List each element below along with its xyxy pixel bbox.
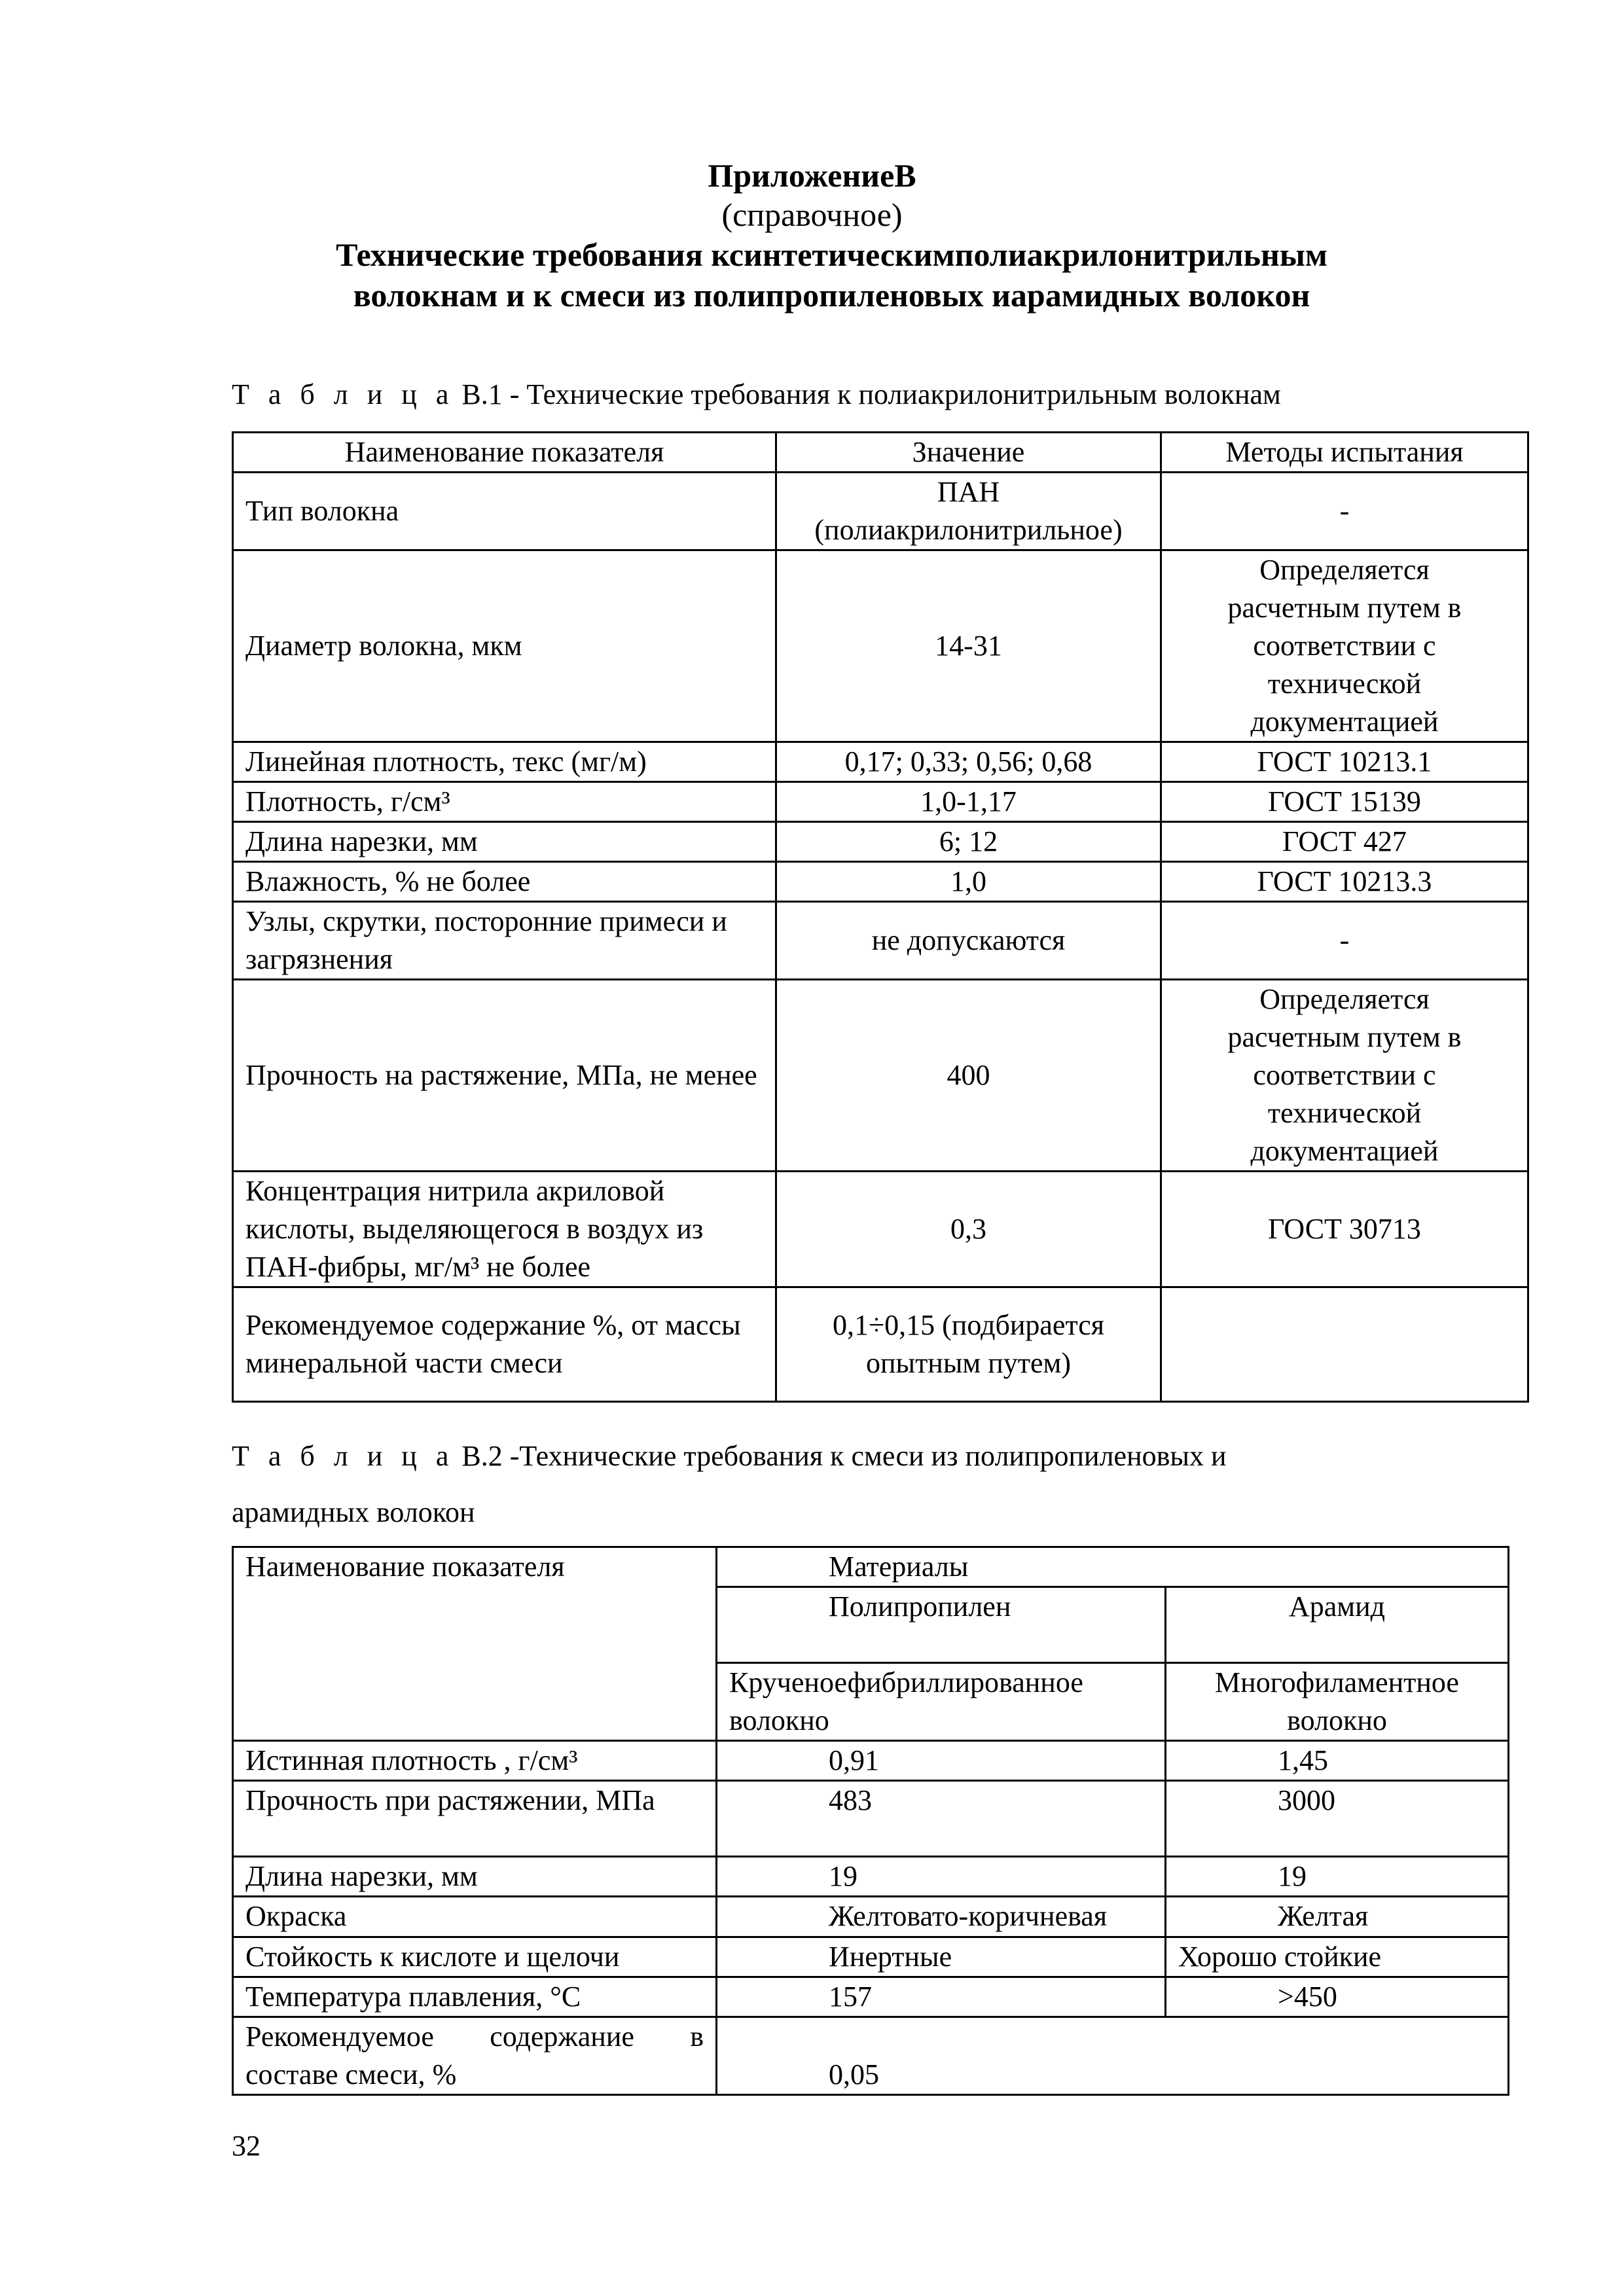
row-polypropylene: 0,91 xyxy=(717,1741,1166,1781)
row-polypropylene: 483 xyxy=(717,1781,1166,1857)
page-number: 32 xyxy=(232,2127,261,2165)
appendix-title: ПриложениеВ xyxy=(0,156,1624,195)
row-name: Влажность, % не более xyxy=(233,862,776,902)
row-name: Стойкость к кислоте и щелочи xyxy=(233,1937,717,1977)
table-row: Концентрация нитрила акриловой кислоты, … xyxy=(233,1172,1528,1287)
table2-header-polypropylene-type: Крученоефибриллированное волокно xyxy=(717,1663,1166,1741)
row-method: - xyxy=(1161,902,1528,980)
table-row: Диаметр волокна, мкм 14-31 Определяется … xyxy=(233,550,1528,742)
appendix-subtitle: (справочное) xyxy=(0,195,1624,234)
table-row: Тип волокна ПАН (полиакрилонитрильное) - xyxy=(233,473,1528,550)
appendix-heading-line2: волокнам и к смеси из полипропиленовых и… xyxy=(0,275,1624,315)
table2-caption-line2: арамидных волокон xyxy=(232,1494,475,1532)
table2-header-name: Наименование показателя xyxy=(233,1547,717,1741)
table1: Наименование показателя Значение Методы … xyxy=(232,431,1529,1403)
table-row: Рекомендуемое содержание %, от массы мин… xyxy=(233,1287,1528,1402)
appendix-heading-line1: Технические требования ксинтетическимпол… xyxy=(0,234,1624,275)
table-row: Узлы, скрутки, посторонние примеси и заг… xyxy=(233,902,1528,980)
row-polypropylene: 157 xyxy=(717,1977,1166,2017)
table-row: Влажность, % не более 1,0 ГОСТ 10213.3 xyxy=(233,862,1528,902)
table-row: Стойкость к кислоте и щелочи Инертные Хо… xyxy=(233,1937,1509,1977)
table1-caption-prefix: Т а б л и ц а xyxy=(232,378,454,410)
row-method xyxy=(1161,1287,1528,1402)
table1-header-method: Методы испытания xyxy=(1161,433,1528,473)
table2-header-row: Наименование показателя Материалы xyxy=(233,1547,1509,1587)
row-aramid: 3000 xyxy=(1166,1781,1509,1857)
appendix-title-block: ПриложениеВ (справочное) Технические тре… xyxy=(0,156,1624,315)
table-row: Плотность, г/см³ 1,0-1,17 ГОСТ 15139 xyxy=(233,782,1528,822)
row-value: 6; 12 xyxy=(776,822,1161,862)
row-polypropylene: Инертные xyxy=(717,1937,1166,1977)
table2: Наименование показателя Материалы Полипр… xyxy=(232,1546,1509,2096)
table-row: Истинная плотность , г/см³ 0,91 1,45 xyxy=(233,1741,1509,1781)
table-row: Прочность при растяжении, МПа 483 3000 xyxy=(233,1781,1509,1857)
row-name: Окраска xyxy=(233,1897,717,1937)
row-value: 1,0 xyxy=(776,862,1161,902)
table1-header-name: Наименование показателя xyxy=(233,433,776,473)
row-name: Температура плавления, °С xyxy=(233,1977,717,2017)
row-value: 400 xyxy=(776,980,1161,1172)
table2-header-polypropylene: Полипропилен xyxy=(717,1587,1166,1663)
row-polypropylene: 0,05 xyxy=(717,2017,1509,2095)
row-aramid: >450 xyxy=(1166,1977,1509,2017)
row-method: ГОСТ 10213.1 xyxy=(1161,742,1528,782)
table-row: Длина нарезки, мм 19 19 xyxy=(233,1857,1509,1897)
row-aramid: 19 xyxy=(1166,1857,1509,1897)
row-aramid: Желтая xyxy=(1166,1897,1509,1937)
table2-header-materials: Материалы xyxy=(717,1547,1509,1587)
row-name: Длина нарезки, мм xyxy=(233,1857,717,1897)
row-name: Линейная плотность, текс (мг/м) xyxy=(233,742,776,782)
row-name: Длина нарезки, мм xyxy=(233,822,776,862)
row-name: Плотность, г/см³ xyxy=(233,782,776,822)
row-value: 1,0-1,17 xyxy=(776,782,1161,822)
table1-header-value: Значение xyxy=(776,433,1161,473)
table-row: Прочность на растяжение, МПа, не менее 4… xyxy=(233,980,1528,1172)
row-name: Рекомендуемое содержание в составе смеси… xyxy=(233,2017,717,2095)
table2-header-aramid-type: Многофиламентное волокно xyxy=(1166,1663,1509,1741)
table2-caption-line1: В.2 -Технические требования к смеси из п… xyxy=(461,1440,1226,1472)
row-polypropylene: 19 xyxy=(717,1857,1166,1897)
row-name: Прочность на растяжение, МПа, не менее xyxy=(233,980,776,1172)
row-method: Определяется расчетным путем в соответст… xyxy=(1161,980,1528,1172)
row-method: - xyxy=(1161,473,1528,550)
table-row: Температура плавления, °С 157 >450 xyxy=(233,1977,1509,2017)
table-row: Окраска Желтовато-коричневая Желтая xyxy=(233,1897,1509,1937)
row-name: Диаметр волокна, мкм xyxy=(233,550,776,742)
row-name: Рекомендуемое содержание %, от массы мин… xyxy=(233,1287,776,1402)
table1-header-row: Наименование показателя Значение Методы … xyxy=(233,433,1528,473)
row-value: не допускаются xyxy=(776,902,1161,980)
row-name: Узлы, скрутки, посторонние примеси и заг… xyxy=(233,902,776,980)
row-aramid: 1,45 xyxy=(1166,1741,1509,1781)
row-name: Истинная плотность , г/см³ xyxy=(233,1741,717,1781)
row-aramid: Хорошо стойкие xyxy=(1166,1937,1509,1977)
row-value: ПАН (полиакрилонитрильное) xyxy=(776,473,1161,550)
table2-caption: Т а б л и ц а В.2 -Технические требовани… xyxy=(232,1437,1227,1475)
table-row: Длина нарезки, мм 6; 12 ГОСТ 427 xyxy=(233,822,1528,862)
table-row: Линейная плотность, текс (мг/м) 0,17; 0,… xyxy=(233,742,1528,782)
row-method: ГОСТ 427 xyxy=(1161,822,1528,862)
row-polypropylene: Желтовато-коричневая xyxy=(717,1897,1166,1937)
row-value: 0,3 xyxy=(776,1172,1161,1287)
row-value: 14-31 xyxy=(776,550,1161,742)
row-value: 0,17; 0,33; 0,56; 0,68 xyxy=(776,742,1161,782)
row-method: ГОСТ 10213.3 xyxy=(1161,862,1528,902)
table1-caption-text: В.1 - Технические требования к полиакрил… xyxy=(461,378,1281,410)
row-method: Определяется расчетным путем в соответст… xyxy=(1161,550,1528,742)
row-method: ГОСТ 15139 xyxy=(1161,782,1528,822)
table1-caption: Т а б л и ц а В.1 - Технические требован… xyxy=(232,376,1281,414)
row-value: 0,1÷0,15 (подбирается опытным путем) xyxy=(776,1287,1161,1402)
row-method: ГОСТ 30713 xyxy=(1161,1172,1528,1287)
row-name: Тип волокна xyxy=(233,473,776,550)
table2-caption-prefix: Т а б л и ц а xyxy=(232,1440,454,1472)
row-name: Прочность при растяжении, МПа xyxy=(233,1781,717,1857)
row-name: Концентрация нитрила акриловой кислоты, … xyxy=(233,1172,776,1287)
table-row: Рекомендуемое содержание в составе смеси… xyxy=(233,2017,1509,2095)
table2-header-aramid: Арамид xyxy=(1166,1587,1509,1663)
